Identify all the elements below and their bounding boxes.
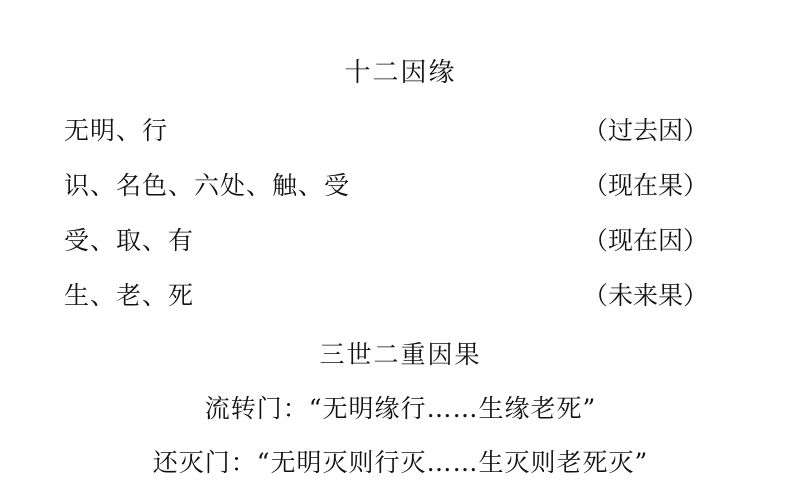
document-title: 十二因缘 [0,58,801,88]
row-category-3: （现在因） [583,226,708,256]
subtitle: 三世二重因果 [0,340,801,370]
row-category-2: （现在果） [583,171,708,201]
row-links-1: 无明、行 [64,116,168,146]
row-links-4: 生、老、死 [64,281,194,311]
row-category-1: （过去因） [583,116,708,146]
gate-liuzhuan: 流转门：“无明缘行……生缘老死” [0,394,801,424]
row-links-2: 识、名色、六处、触、受 [64,171,350,201]
gate-huanmie: 还灭门：“无明灭则行灭……生灭则老死灭” [0,448,801,478]
row-links-3: 受、取、有 [64,226,194,256]
row-category-4: （未来果） [583,281,708,311]
